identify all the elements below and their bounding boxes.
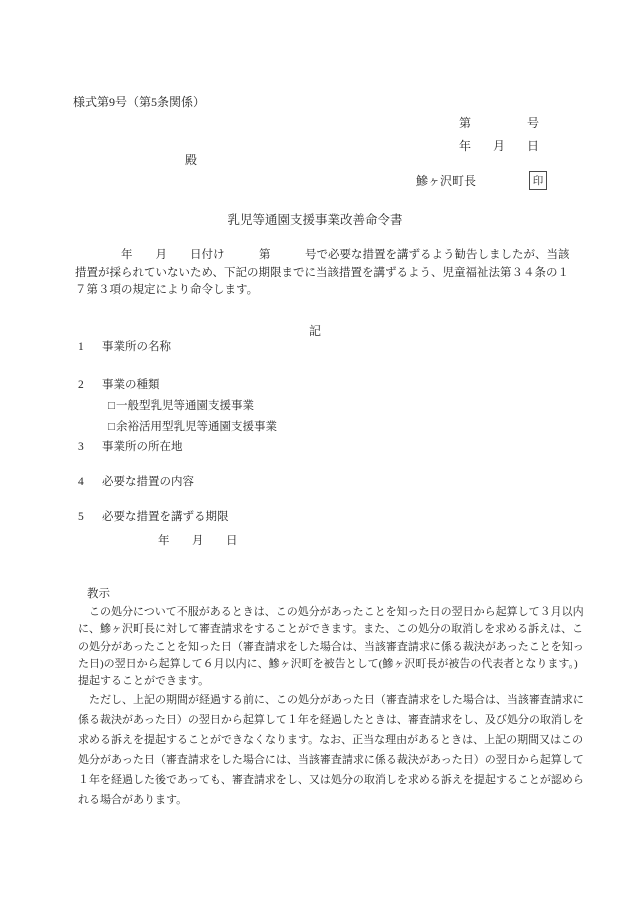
notice-line: の処分があったことを知った日（審査請求をした場合は、当該審査請求に係る裁決があっ…: [78, 639, 584, 656]
deadline-year: 年: [158, 532, 170, 548]
item-label: 事業所の名称: [102, 341, 171, 353]
doc-number-prefix: 第: [459, 116, 471, 131]
option-general-type[interactable]: □一般型乳児等通園支援事業: [108, 399, 254, 414]
document-page: 様式第9号（第5条関係） 第 号 年 月 日 殿 鰺ヶ沢町長 印 乳児等通園支援…: [0, 0, 630, 903]
notice-line: た日)の翌日から起算して６月以内に、鰺ヶ沢町を被告として(鰺ヶ沢町長が被告の代表…: [78, 656, 584, 673]
item-label: 事業の種類: [102, 379, 160, 391]
notice-line: １年を経過した後であっても、審査請求をし、又は処分の取消しを求める訴えを提起する…: [78, 770, 584, 790]
form-number-label: 様式第9号（第5条関係）: [73, 95, 205, 110]
deadline-day: 日: [226, 532, 238, 548]
notice-paragraph-1: この処分について不服があるときは、この処分があったことを知った日の翌日から起算し…: [78, 604, 584, 690]
item-label: 事業所の所在地: [102, 441, 183, 453]
item-number: 4: [78, 475, 102, 490]
notice-line: ただし、上記の期間が経過する前に、この処分があった日（審査請求をした場合は、当該…: [78, 690, 584, 710]
option-label: 一般型乳児等通園支援事業: [116, 400, 254, 412]
document-title: 乳児等通園支援事業改善命令書: [0, 210, 630, 228]
seal-stamp-box: 印: [529, 171, 547, 190]
item-required-measures: 4必要な措置の内容: [78, 475, 194, 490]
item-measure-deadline: 5必要な措置を講ずる期限: [78, 510, 229, 525]
list-marker-ki: 記: [0, 322, 630, 339]
doc-number-suffix: 号: [527, 116, 539, 131]
item-business-type: 2事業の種類: [78, 378, 160, 393]
item-number: 3: [78, 440, 102, 455]
deadline-month: 月: [192, 532, 204, 548]
header-date-year: 年: [459, 139, 471, 154]
seal-glyph: 印: [533, 173, 544, 188]
option-surplus-type[interactable]: □余裕活用型乳児等通園支援事業: [108, 420, 277, 435]
item-number: 5: [78, 510, 102, 525]
checkbox-icon[interactable]: □: [108, 421, 115, 433]
notice-line: 提起することができます。: [78, 673, 584, 690]
order-body-paragraph: 年 月 日付け 第 号で必要な措置を講ずるよう勧告しましたが、当該 措置が採られ…: [75, 247, 570, 300]
issuer-name: 鰺ヶ沢町長: [416, 174, 476, 189]
header-date-month: 月: [493, 139, 505, 154]
addressee-honorific: 殿: [185, 153, 197, 168]
notice-paragraph-2: ただし、上記の期間が経過する前に、この処分があった日（審査請求をした場合は、当該…: [78, 690, 584, 810]
item-label: 必要な措置の内容: [102, 476, 194, 488]
order-body-line: ７第３項の規定により命令します。: [75, 282, 570, 300]
notice-heading: 教示: [87, 585, 110, 601]
header-date-day: 日: [527, 139, 539, 154]
notice-line: 係る裁決があった日）の翌日から起算して１年を経過したときは、審査請求をし、及び処…: [78, 710, 584, 730]
option-label: 余裕活用型乳児等通園支援事業: [116, 421, 277, 433]
notice-line: に、鰺ヶ沢町長に対して審査請求をすることができます。また、この処分の取消しを求め…: [78, 621, 584, 638]
item-number: 2: [78, 378, 102, 393]
item-label: 必要な措置を講ずる期限: [102, 511, 229, 523]
item-business-address: 3事業所の所在地: [78, 440, 183, 455]
order-body-line: 年 月 日付け 第 号で必要な措置を講ずるよう勧告しましたが、当該: [75, 247, 570, 265]
item-business-name: 1事業所の名称: [78, 340, 171, 355]
checkbox-icon[interactable]: □: [108, 400, 115, 412]
notice-line: れる場合があります。: [78, 790, 584, 810]
notice-line: この処分について不服があるときは、この処分があったことを知った日の翌日から起算し…: [78, 604, 584, 621]
item-number: 1: [78, 340, 102, 355]
notice-line: 求める訴えを提起することができなくなります。なお、正当な理由があるときは、上記の…: [78, 730, 584, 750]
order-body-line: 措置が採られていないため、下記の期限までに当該措置を講ずるよう、児童福祉法第３４…: [75, 265, 570, 283]
notice-line: 処分があった日（審査請求をした場合には、当該審査請求に係る裁決があった日）の翌日…: [78, 750, 584, 770]
